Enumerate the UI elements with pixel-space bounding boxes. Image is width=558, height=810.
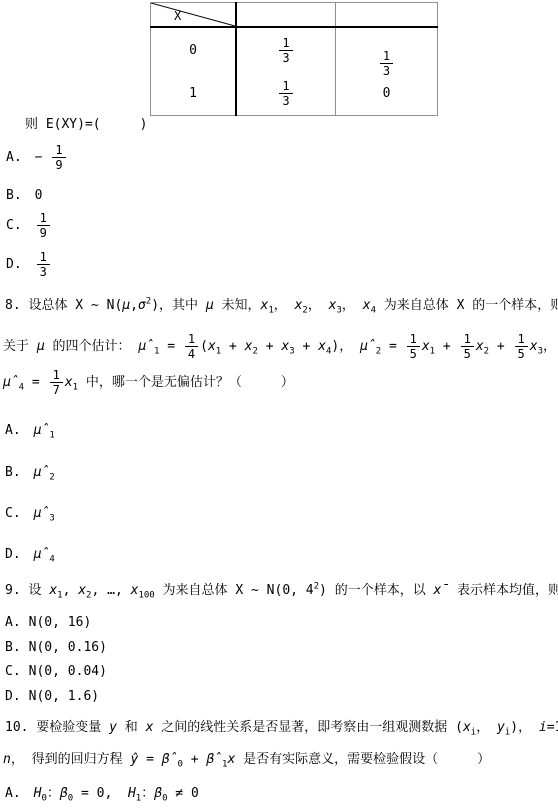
option-value: 19	[35, 218, 52, 233]
question-8-stem-line-3: μ̂4 = 17x1 中，哪一个是无偏估计？（ ）	[3, 368, 294, 397]
question-10-option-a: A.H0：β0 = 0, H1：β0 ≠ 0	[5, 785, 199, 802]
option-value: N(0, 0.16)	[29, 640, 107, 655]
question-7-option-a: A.− 19	[6, 143, 68, 172]
option-value: H0：β0 = 0, H1：β0 ≠ 0	[34, 786, 199, 801]
option-label: B.	[5, 639, 21, 656]
option-value: 0	[35, 188, 43, 203]
table-header-cell	[236, 3, 336, 28]
question-9-option-a: A.N(0, 16)	[5, 614, 91, 631]
option-value: N(0, 1.6)	[29, 689, 99, 704]
table-row: 1 13 0	[151, 72, 438, 116]
option-value: μ̂2	[34, 465, 55, 480]
option-value: N(0, 0.04)	[29, 664, 107, 679]
table-cell: 13	[336, 27, 438, 72]
question-7-option-c: C.19	[6, 211, 52, 240]
table-cell: 0	[336, 72, 438, 116]
option-value: μ̂4	[34, 547, 55, 562]
table-cell: 13	[236, 27, 336, 72]
option-label: A.	[6, 149, 22, 166]
option-label: C.	[5, 505, 21, 522]
option-label: B.	[5, 464, 21, 481]
option-value: − 19	[35, 150, 68, 165]
question-8-stem-line-1: 8. 设总体 X ~ N(μ,σ2)，其中 μ 未知，x1， x2， x3， x…	[5, 297, 558, 314]
option-label: A.	[5, 422, 21, 439]
question-8-stem-line-2: 关于 μ 的四个估计： μ̂1 = 14(x1 + x2 + x3 + x4)，…	[3, 332, 558, 361]
table-row: 0 13 13	[151, 27, 438, 72]
table-row-label: 0	[151, 27, 237, 72]
question-10-stem-line-2: n， 得到的回归方程 ŷ = β̂0 + β̂1x 是否有实际意义，需要检验假设…	[3, 751, 490, 768]
option-value: N(0, 16)	[29, 615, 92, 630]
question-8-option-d: D.μ̂4	[5, 546, 55, 563]
table-corner-cell: X	[151, 3, 237, 28]
question-8-option-a: A.μ̂1	[5, 422, 55, 439]
option-label: D.	[5, 546, 21, 563]
joint-distribution-table: X 0 13 13 1 13 0	[150, 2, 438, 116]
table-cell: 13	[236, 72, 336, 116]
diagonal-divider	[151, 3, 235, 26]
option-label: A.	[5, 785, 21, 802]
option-value: 13	[35, 257, 52, 272]
table-header-cell	[336, 3, 438, 28]
option-label: C.	[6, 217, 22, 234]
question-8-option-c: C.μ̂3	[5, 505, 55, 522]
option-label: A.	[5, 614, 21, 631]
question-8-option-b: B.μ̂2	[5, 464, 55, 481]
option-value: μ̂1	[34, 423, 55, 438]
question-7-option-b: B.0	[6, 187, 42, 204]
question-9-stem: 9. 设 x1, x2, …, x100 为来自总体 X ~ N(0, 42) …	[5, 582, 558, 599]
question-9-option-b: B.N(0, 0.16)	[5, 639, 107, 656]
table-corner-label: X	[174, 10, 181, 22]
table-row-label: 1	[151, 72, 237, 116]
question-10-stem-line-1: 10. 要检验变量 y 和 x 之间的线性关系是否显著，即考察由一组观测数据 (…	[5, 719, 558, 736]
question-7-option-d: D.13	[6, 250, 52, 279]
option-label: C.	[5, 663, 21, 680]
option-label: D.	[5, 688, 21, 705]
question-9-option-d: D.N(0, 1.6)	[5, 688, 99, 705]
option-label: B.	[6, 187, 22, 204]
option-value: μ̂3	[34, 506, 55, 521]
question-7-stem: 则 E(XY)=( )	[25, 116, 147, 133]
option-label: D.	[6, 256, 22, 273]
question-9-option-c: C.N(0, 0.04)	[5, 663, 107, 680]
